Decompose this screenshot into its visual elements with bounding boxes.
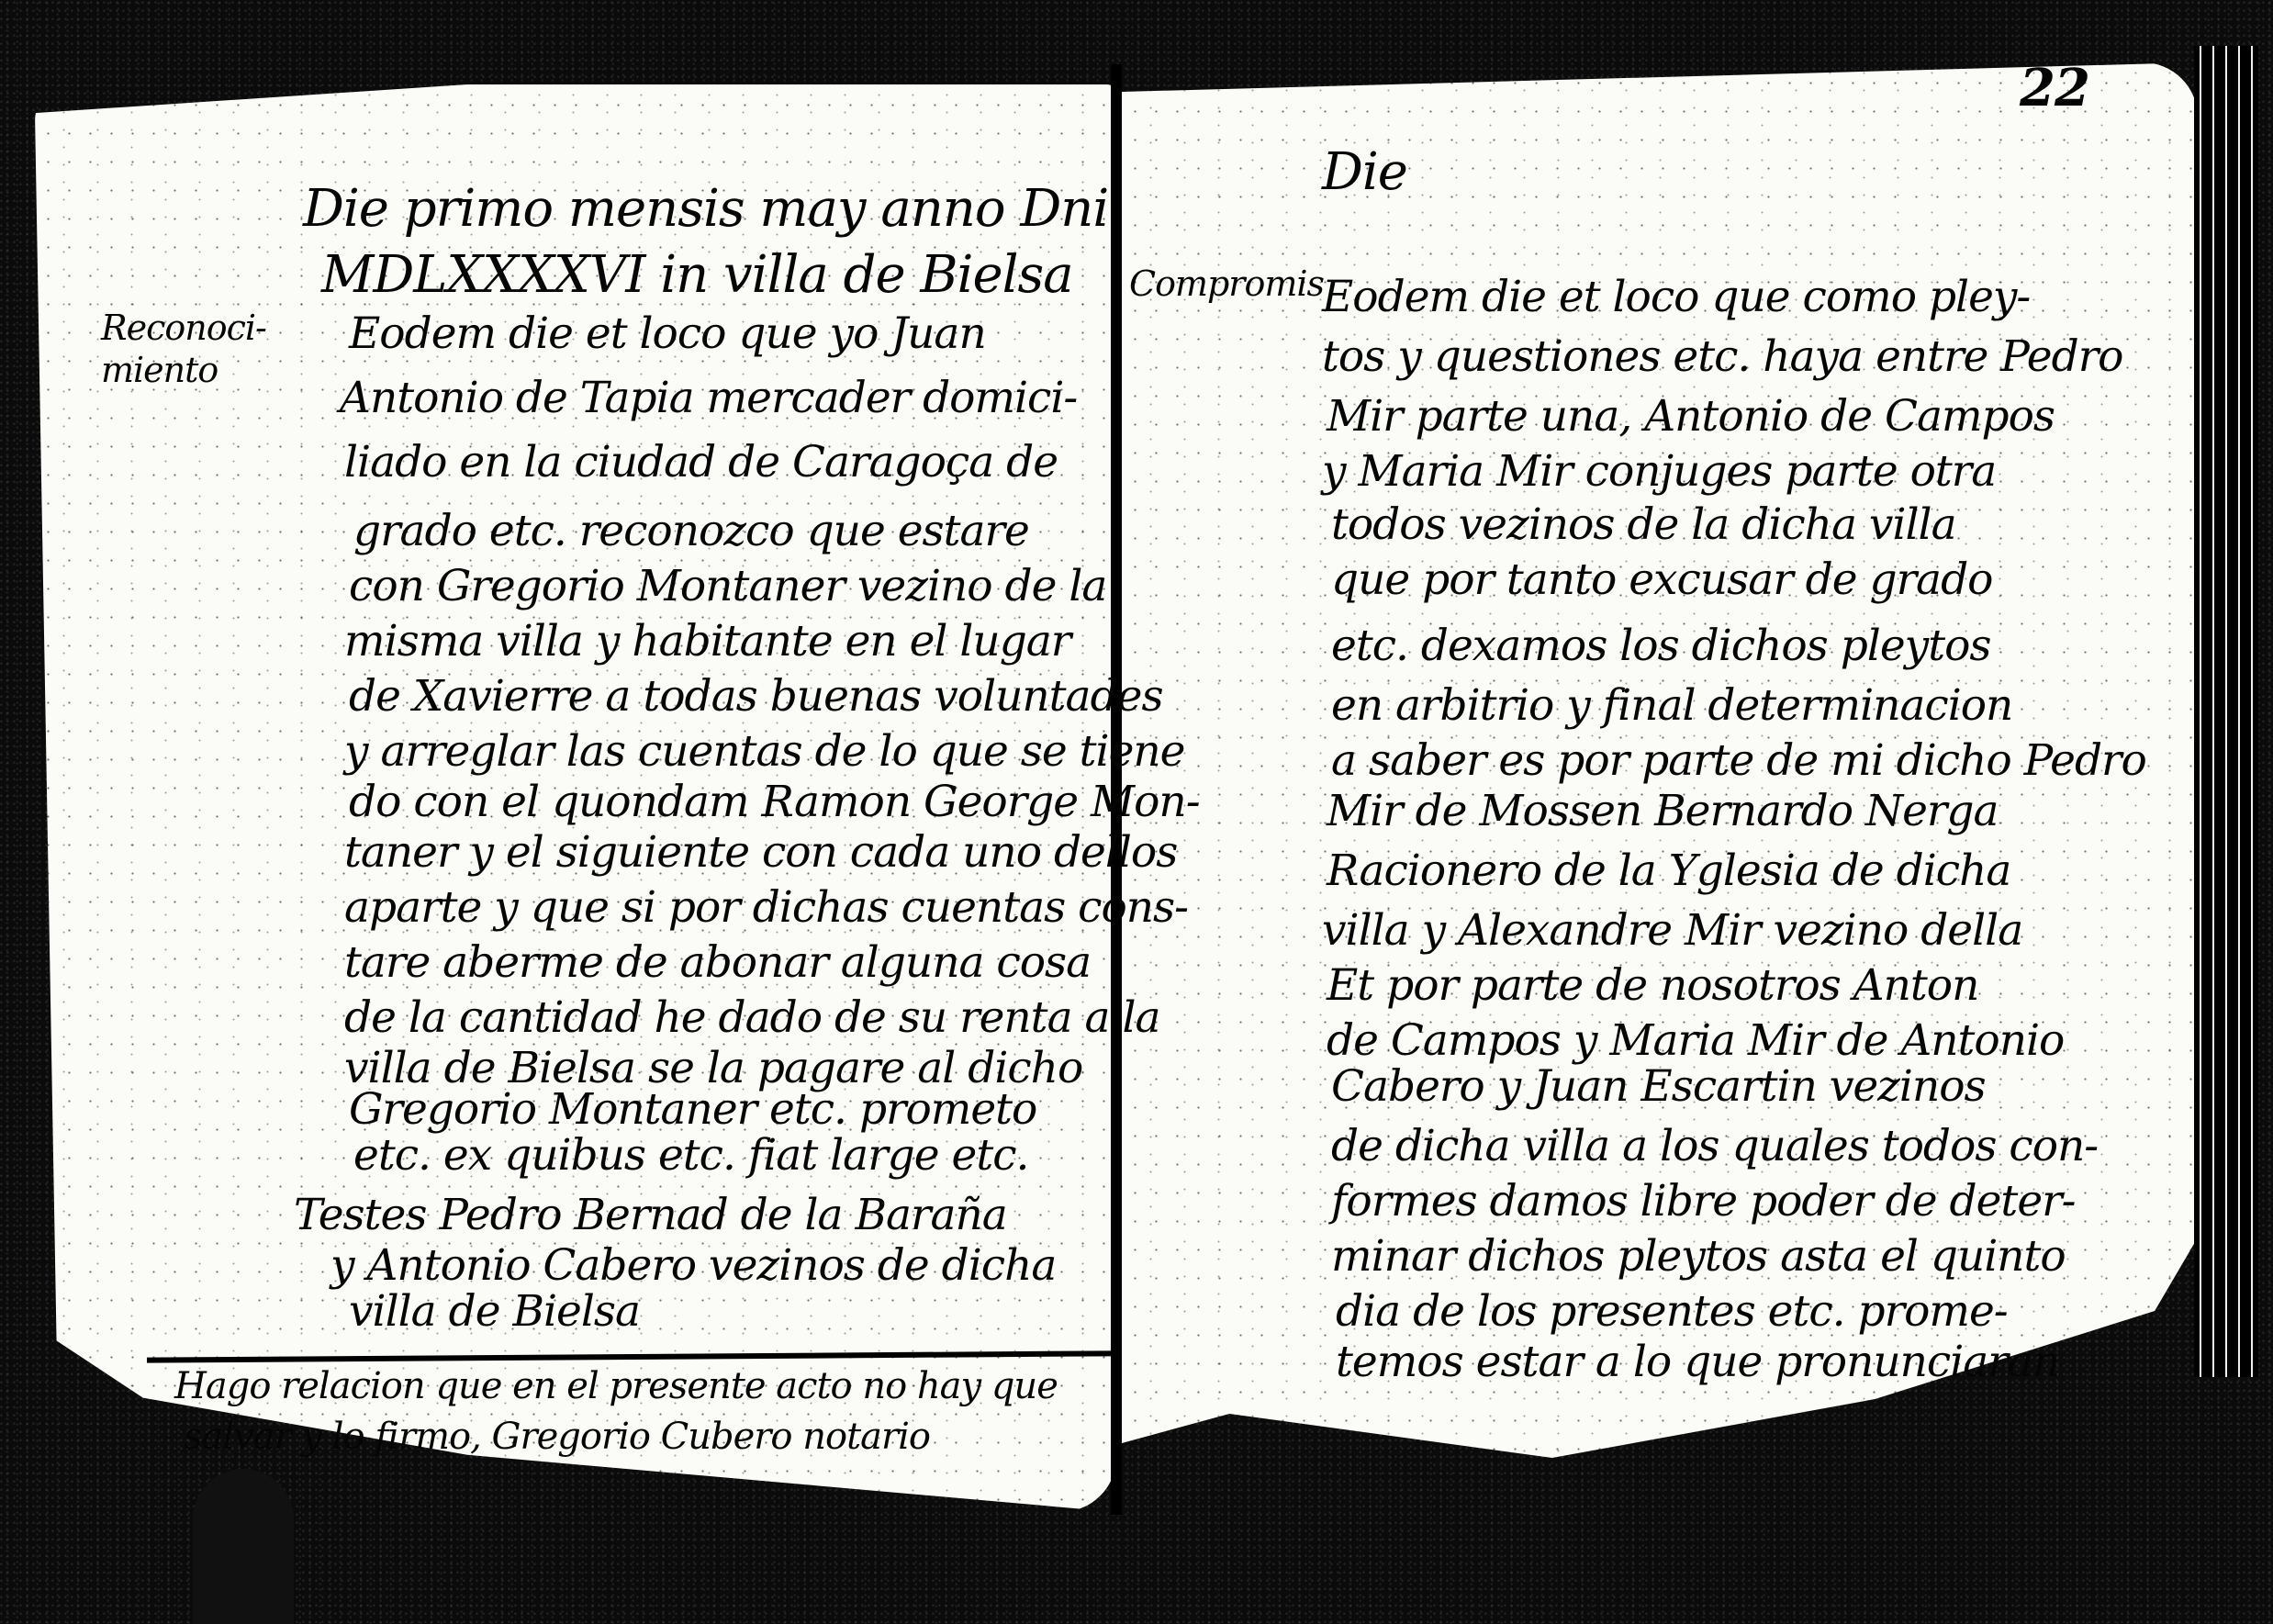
left-margin-note-1: Reconoci- bbox=[101, 310, 266, 345]
right-body-line: tos y questiones etc. haya entre Pedro bbox=[1322, 335, 2122, 378]
right-body-line: que por tanto excusar de grado bbox=[1331, 558, 1992, 601]
left-body-line: do con el quondam Ramon George Mon- bbox=[349, 780, 1200, 823]
left-heading-line-2: MDLXXXXVI in villa de Bielsa bbox=[321, 250, 1073, 301]
left-margin-note-2: miento bbox=[101, 353, 218, 387]
left-body-line: y arreglar las cuentas de lo que se tien… bbox=[344, 730, 1184, 773]
page-edges bbox=[2194, 46, 2258, 1377]
left-body-line: Antonio de Tapia mercader domici- bbox=[340, 376, 1077, 420]
thumb-shadow bbox=[193, 1469, 294, 1624]
right-body-line: de Campos y Maria Mir de Antonio bbox=[1327, 1019, 2064, 1062]
left-body-line: de Xavierre a todas buenas voluntades bbox=[349, 675, 1163, 718]
right-body-line: Mir parte una, Antonio de Campos bbox=[1327, 395, 2055, 438]
right-body-line: Cabero y Juan Escartin vezinos bbox=[1331, 1065, 1986, 1108]
witness-line: Testes Pedro Bernad de la Baraña bbox=[294, 1193, 1007, 1237]
right-body-line: Racionero de la Yglesia de dicha bbox=[1327, 849, 2010, 892]
right-body-line: temos estar a lo que pronunciaran bbox=[1336, 1340, 2059, 1383]
left-body-line: taner y el siguiente con cada uno dellos bbox=[344, 831, 1177, 874]
left-body-line: aparte y que si por dichas cuentas cons- bbox=[344, 886, 1188, 929]
right-body-line: en arbitrio y final determinacion bbox=[1331, 684, 2012, 727]
witness-line: y Antonio Cabero vezinos de dicha bbox=[330, 1244, 1056, 1287]
left-body-line: misma villa y habitante en el lugar bbox=[344, 620, 1070, 663]
right-body-line: etc. dexamos los dichos pleytos bbox=[1331, 624, 1991, 667]
left-body-line: liado en la ciudad de Caragoça de bbox=[344, 441, 1058, 484]
folio-number: 22 bbox=[2020, 62, 2089, 114]
left-body-line: Eodem die et loco que yo Juan bbox=[349, 312, 986, 355]
right-body-line: Mir de Mossen Bernardo Nerga bbox=[1327, 790, 1999, 833]
left-body-line: con Gregorio Montaner vezino de la bbox=[349, 565, 1106, 608]
right-body-line: minar dichos pleytos asta el quinto bbox=[1331, 1235, 2066, 1278]
right-body-line: Et por parte de nosotros Anton bbox=[1327, 964, 1978, 1007]
right-body-line: y Maria Mir conjuges parte otra bbox=[1322, 450, 1996, 493]
right-body-line: villa y Alexandre Mir vezino della bbox=[1322, 909, 2022, 952]
left-body-line: de la cantidad he dado de su renta a la bbox=[344, 996, 1160, 1039]
right-body-line: dia de los presentes etc. prome- bbox=[1336, 1290, 2008, 1333]
left-body-line: grado etc. reconozco que estare bbox=[353, 510, 1029, 553]
right-margin-note: Compromis bbox=[1129, 266, 1324, 301]
notary-attestation-line-1: Hago relacion que en el presente acto no… bbox=[174, 1368, 1058, 1405]
left-body-line: villa de Bielsa se la pagare al dicho bbox=[344, 1047, 1082, 1090]
left-body-line: Gregorio Montaner etc. prometo bbox=[349, 1088, 1036, 1131]
right-heading: Die bbox=[1322, 147, 1407, 198]
right-body-line: formes damos libre poder de deter- bbox=[1331, 1180, 2076, 1223]
right-body-line: todos vezinos de la dicha villa bbox=[1331, 503, 1956, 546]
right-body-line: de dicha villa a los quales todos con- bbox=[1331, 1125, 2098, 1168]
right-body-line: Eodem die et loco que como pley- bbox=[1322, 275, 2030, 319]
notary-attestation-line-2: salvar y lo firmo, Gregorio Cubero notar… bbox=[184, 1418, 930, 1455]
left-body-line: etc. ex quibus etc. fiat large etc. bbox=[353, 1134, 1028, 1177]
right-body-line: a saber es por parte de mi dicho Pedro bbox=[1331, 739, 2146, 782]
left-body-line: tare aberme de abonar alguna cosa bbox=[344, 941, 1091, 984]
witness-line: villa de Bielsa bbox=[349, 1290, 640, 1333]
left-heading-line-1: Die primo mensis may anno Dni bbox=[303, 184, 1108, 235]
